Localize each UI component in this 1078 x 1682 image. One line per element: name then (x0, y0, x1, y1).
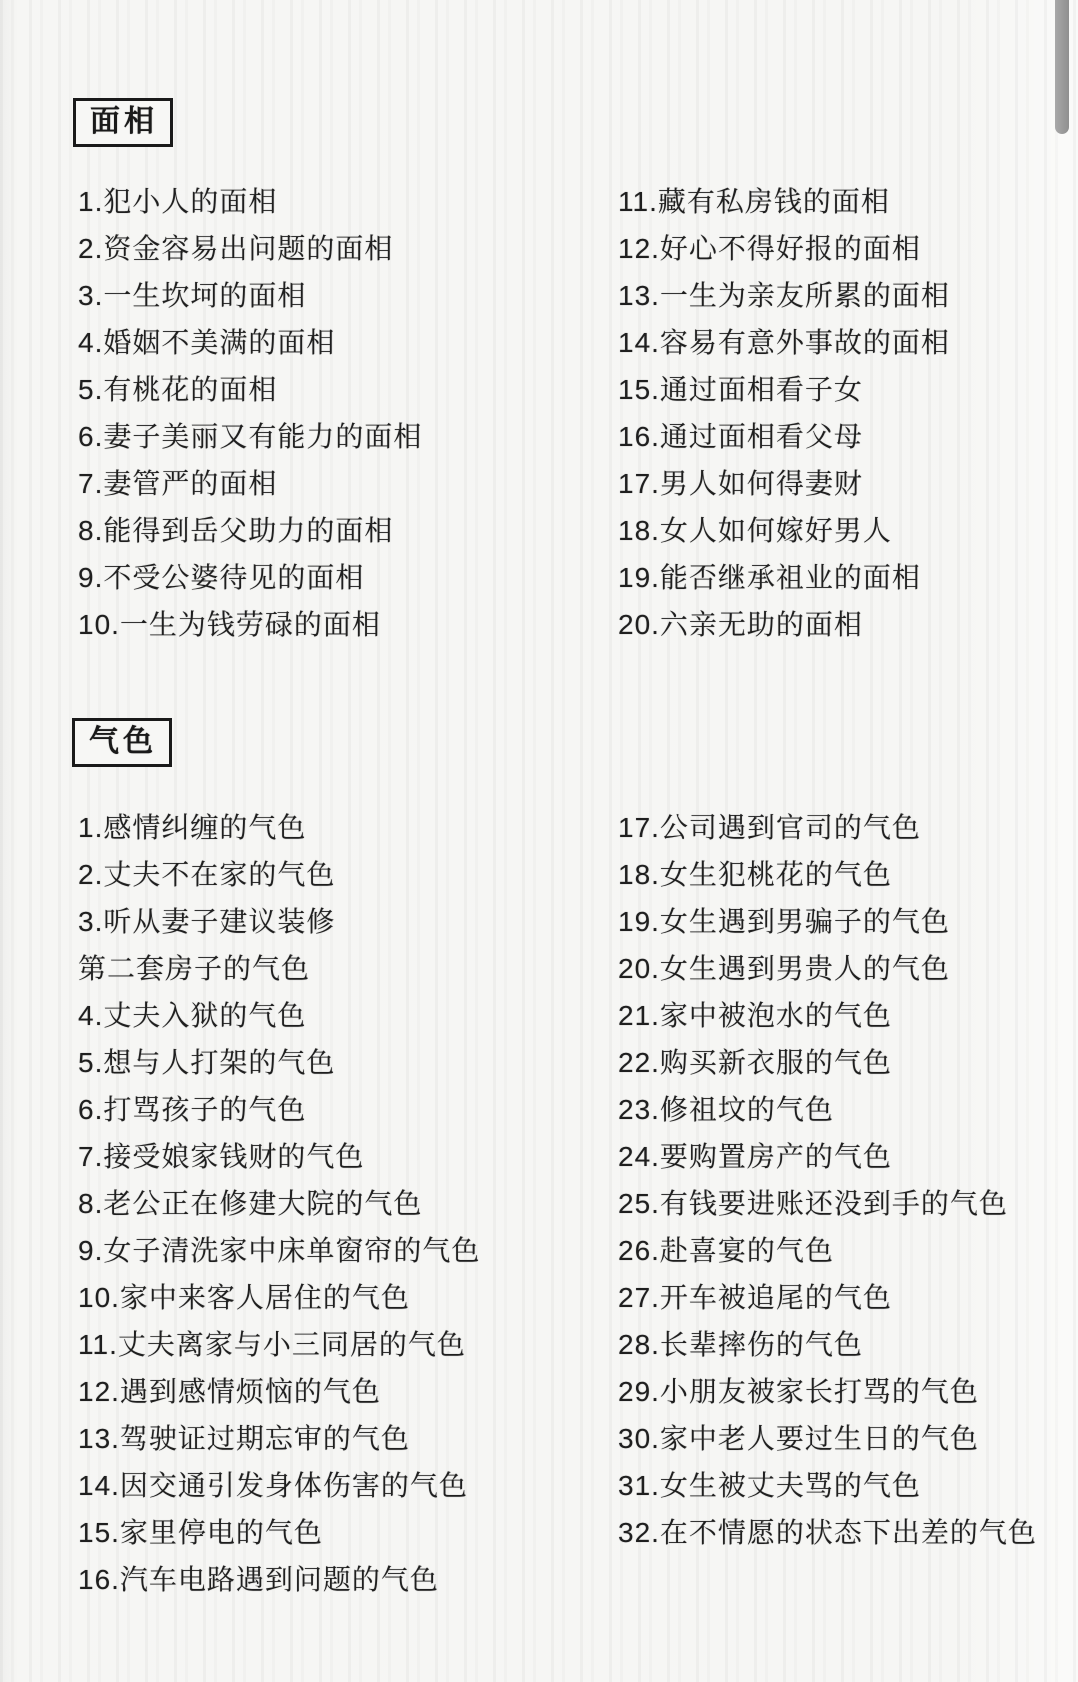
list-item: 17.男人如何得妻财 (618, 460, 950, 507)
list-item: 29.小朋友被家长打骂的气色 (618, 1368, 1037, 1415)
list-item: 20.女生遇到男贵人的气色 (618, 945, 1037, 992)
list-item: 10.一生为钱劳碌的面相 (78, 601, 422, 648)
scrollbar-thumb[interactable] (1055, 0, 1069, 134)
list-item: 1.感情纠缠的气色 (78, 804, 480, 851)
list-item: 24.要购置房产的气色 (618, 1133, 1037, 1180)
list-item: 15.通过面相看子女 (618, 366, 950, 413)
list-item: 2.资金容易出问题的面相 (78, 225, 422, 272)
list-item: 3.一生坎坷的面相 (78, 272, 422, 319)
list-item: 9.女子清洗家中床单窗帘的气色 (78, 1227, 480, 1274)
list-item: 9.不受公婆待见的面相 (78, 554, 422, 601)
list-item: 21.家中被泡水的气色 (618, 992, 1037, 1039)
list-item: 5.想与人打架的气色 (78, 1039, 480, 1086)
list-item: 8.老公正在修建大院的气色 (78, 1180, 480, 1227)
list-item: 12.好心不得好报的面相 (618, 225, 950, 272)
section-title-qise: 气色 (72, 718, 172, 767)
list-item: 5.有桃花的面相 (78, 366, 422, 413)
list-item: 7.妻管严的面相 (78, 460, 422, 507)
list-item: 7.接受娘家钱财的气色 (78, 1133, 480, 1180)
list-item: 8.能得到岳父助力的面相 (78, 507, 422, 554)
document-page: 面相 1.犯小人的面相 2.资金容易出问题的面相 3.一生坎坷的面相 4.婚姻不… (0, 0, 1078, 1682)
list-item: 10.家中来客人居住的气色 (78, 1274, 480, 1321)
list-item: 17.公司遇到官司的气色 (618, 804, 1037, 851)
list-item: 11.藏有私房钱的面相 (618, 178, 950, 225)
list-item: 26.赴喜宴的气色 (618, 1227, 1037, 1274)
list-item: 15.家里停电的气色 (78, 1509, 480, 1556)
list-item: 23.修祖坟的气色 (618, 1086, 1037, 1133)
list-item: 2.丈夫不在家的气色 (78, 851, 480, 898)
list-item: 3.听从妻子建议装修 第二套房子的气色 (78, 898, 480, 992)
list-item: 16.汽车电路遇到问题的气色 (78, 1556, 480, 1603)
list-item: 28.长辈摔伤的气色 (618, 1321, 1037, 1368)
list-item: 20.六亲无助的面相 (618, 601, 950, 648)
list-item: 22.购买新衣服的气色 (618, 1039, 1037, 1086)
list-item: 12.遇到感情烦恼的气色 (78, 1368, 480, 1415)
list-item: 18.女人如何嫁好男人 (618, 507, 950, 554)
list-item: 19.能否继承祖业的面相 (618, 554, 950, 601)
list-item: 18.女生犯桃花的气色 (618, 851, 1037, 898)
list-item: 13.一生为亲友所累的面相 (618, 272, 950, 319)
list-item: 4.丈夫入狱的气色 (78, 992, 480, 1039)
qise-list-left: 1.感情纠缠的气色 2.丈夫不在家的气色 3.听从妻子建议装修 第二套房子的气色… (78, 804, 480, 1603)
section-title-mianxiang: 面相 (73, 98, 173, 147)
list-item: 19.女生遇到男骗子的气色 (618, 898, 1037, 945)
mianxiang-list-left: 1.犯小人的面相 2.资金容易出问题的面相 3.一生坎坷的面相 4.婚姻不美满的… (78, 178, 422, 648)
mianxiang-list-right: 11.藏有私房钱的面相 12.好心不得好报的面相 13.一生为亲友所累的面相 1… (618, 178, 950, 648)
list-item: 31.女生被丈夫骂的气色 (618, 1462, 1037, 1509)
list-item: 30.家中老人要过生日的气色 (618, 1415, 1037, 1462)
list-item: 16.通过面相看父母 (618, 413, 950, 460)
list-item: 14.容易有意外事故的面相 (618, 319, 950, 366)
qise-list-right: 17.公司遇到官司的气色 18.女生犯桃花的气色 19.女生遇到男骗子的气色 2… (618, 804, 1037, 1556)
list-item: 11.丈夫离家与小三同居的气色 (78, 1321, 480, 1368)
list-item: 6.妻子美丽又有能力的面相 (78, 413, 422, 460)
list-item: 13.驾驶证过期忘审的气色 (78, 1415, 480, 1462)
list-item: 27.开车被追尾的气色 (618, 1274, 1037, 1321)
list-item: 4.婚姻不美满的面相 (78, 319, 422, 366)
list-item: 1.犯小人的面相 (78, 178, 422, 225)
list-item: 14.因交通引发身体伤害的气色 (78, 1462, 480, 1509)
list-item: 6.打骂孩子的气色 (78, 1086, 480, 1133)
list-item: 32.在不情愿的状态下出差的气色 (618, 1509, 1037, 1556)
list-item: 25.有钱要进账还没到手的气色 (618, 1180, 1037, 1227)
